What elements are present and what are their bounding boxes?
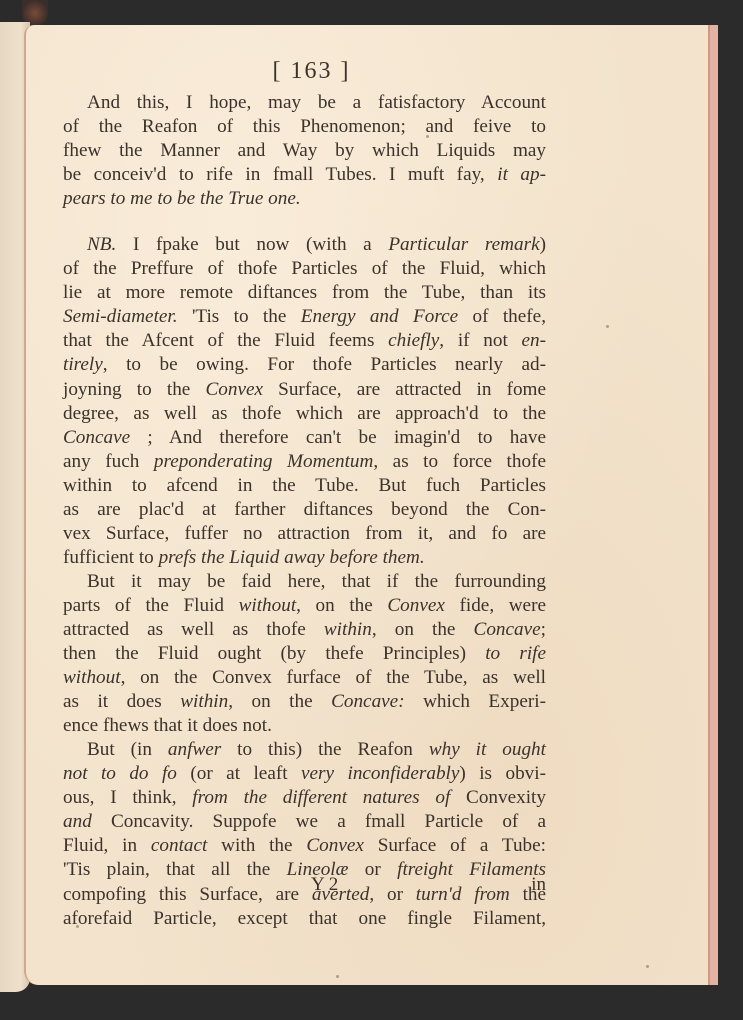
paper-speck [606,325,609,328]
body-text: And this, I hope, may be a fatisfactory … [63,91,546,931]
text-line: within to afcend in the Tube. But fuch P… [63,474,546,498]
text-line: tirely, to be owing. For thofe Particles… [63,353,546,377]
paper-speck [646,965,649,968]
text-line: as it does within, on the Concave: which… [63,690,546,714]
text-line: then the Fluid ought (by thefe Principle… [63,642,546,666]
text-line: of the Reafon of this Phenomenon; and fe… [63,115,546,139]
paragraph: But it may be faid here, that if the fur… [63,570,546,738]
text-line: fufficient to prefs the Liquid away befo… [63,546,546,570]
text-line: of the Preffure of thofe Particles of th… [63,257,546,281]
text-line: fhew the Manner and Way by which Liquids… [63,139,546,163]
text-line: lie at more remote diftances from the Tu… [63,281,546,305]
text-line: aforefaid Particle, except that one fing… [63,907,546,931]
catchword: in [531,874,546,896]
paragraph: But (in anfwer to this) the Reafon why i… [63,738,546,930]
text-line: Concave ; And therefore can't be imagin'… [63,426,546,450]
text-line: attracted as well as thofe within, on th… [63,618,546,642]
text-line: ous, I think, from the different natures… [63,786,546,810]
text-line: Semi-diameter. 'Tis to the Energy and Fo… [63,305,546,329]
paragraph: And this, I hope, may be a fatisfactory … [63,91,546,211]
page-number: [ 163 ] [0,58,743,85]
text-line: But it may be faid here, that if the fur… [63,570,546,594]
text-line: degree, as well as thofe which are appro… [63,402,546,426]
text-line: that the Afcent of the Fluid feems chief… [63,329,546,353]
text-line: NB. I fpake but now (with a Particular r… [63,233,546,257]
text-line: joyning to the Convex Surface, are attra… [63,378,546,402]
text-line: parts of the Fluid without, on the Conve… [63,594,546,618]
paragraph: NB. I fpake but now (with a Particular r… [63,233,546,570]
text-line: as are plac'd at farther diftances beyon… [63,498,546,522]
text-line: And this, I hope, may be a fatisfactory … [63,91,546,115]
text-line: and Concavity. Suppofe we a fmall Partic… [63,810,546,834]
text-line: But (in anfwer to this) the Reafon why i… [63,738,546,762]
paragraph-gap [63,211,546,233]
text-line: be conceiv'd to rife in fmall Tubes. I m… [63,163,546,187]
text-line: vex Surface, fuffer no attraction from i… [63,522,546,546]
page-footer: Y 2 in [63,874,546,900]
text-line: pears to me to be the True one. [63,187,546,211]
text-line: any fuch preponderating Momentum, as to … [63,450,546,474]
text-line: ence fhews that it does not. [63,714,546,738]
text-line: not to do fo (or at leaft very inconfide… [63,762,546,786]
text-line: without, on the Convex furface of the Tu… [63,666,546,690]
signature-mark: Y 2 [311,874,338,896]
paper-speck [336,975,339,978]
text-line: Fluid, in contact with the Convex Surfac… [63,834,546,858]
